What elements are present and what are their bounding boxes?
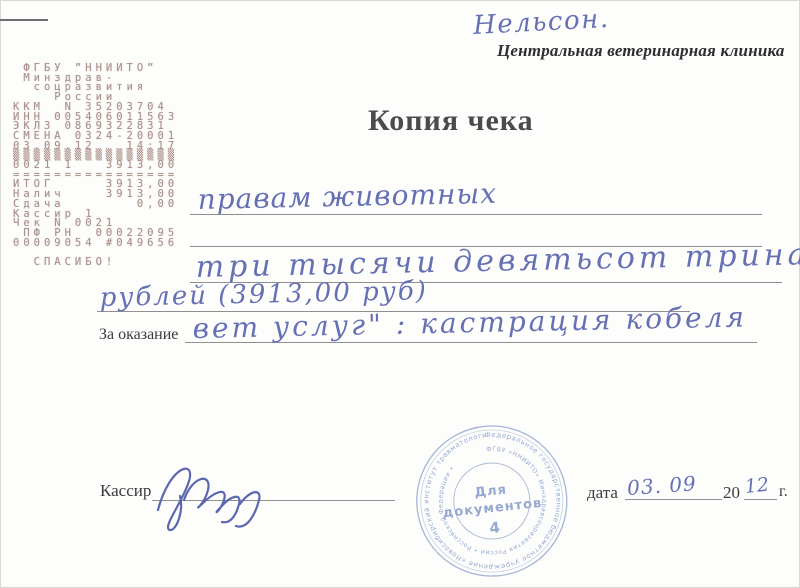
year-handwriting: 12 xyxy=(744,474,770,498)
date-handwriting: 03. 09 xyxy=(626,471,697,500)
cashier-signature xyxy=(140,452,400,532)
stamp-center-line2: документов xyxy=(442,496,543,521)
scanned-receipt-page: ФГБУ ”ННИИТО” Минздрав- соцразвития Росс… xyxy=(0,0,800,588)
for-documents-stamp: Федеральное государственное бюджетное уч… xyxy=(394,414,590,588)
pet-name-handwriting: Нельсон. xyxy=(472,4,610,41)
service-label: За оказание xyxy=(99,326,178,344)
handwriting-line-1: правам животных xyxy=(197,177,497,216)
clinic-name: Центральная ветеринарная клиника xyxy=(497,41,785,61)
stamp-center-number: 4 xyxy=(488,518,500,537)
scan-artifact-line xyxy=(0,19,48,21)
date-label: дата xyxy=(587,483,618,503)
year-suffix: г. xyxy=(779,483,788,501)
year-prefix: 20 xyxy=(723,483,740,503)
cash-register-receipt: ФГБУ ”ННИИТО” Минздрав- соцразвития Росс… xyxy=(13,64,178,268)
stamp-center-line1: Для xyxy=(474,482,508,500)
year-underline xyxy=(744,499,777,500)
page-title: Копия чека xyxy=(368,104,534,138)
sum-in-words-line-1: три тысячи девятьсот тринадцать xyxy=(195,235,800,285)
